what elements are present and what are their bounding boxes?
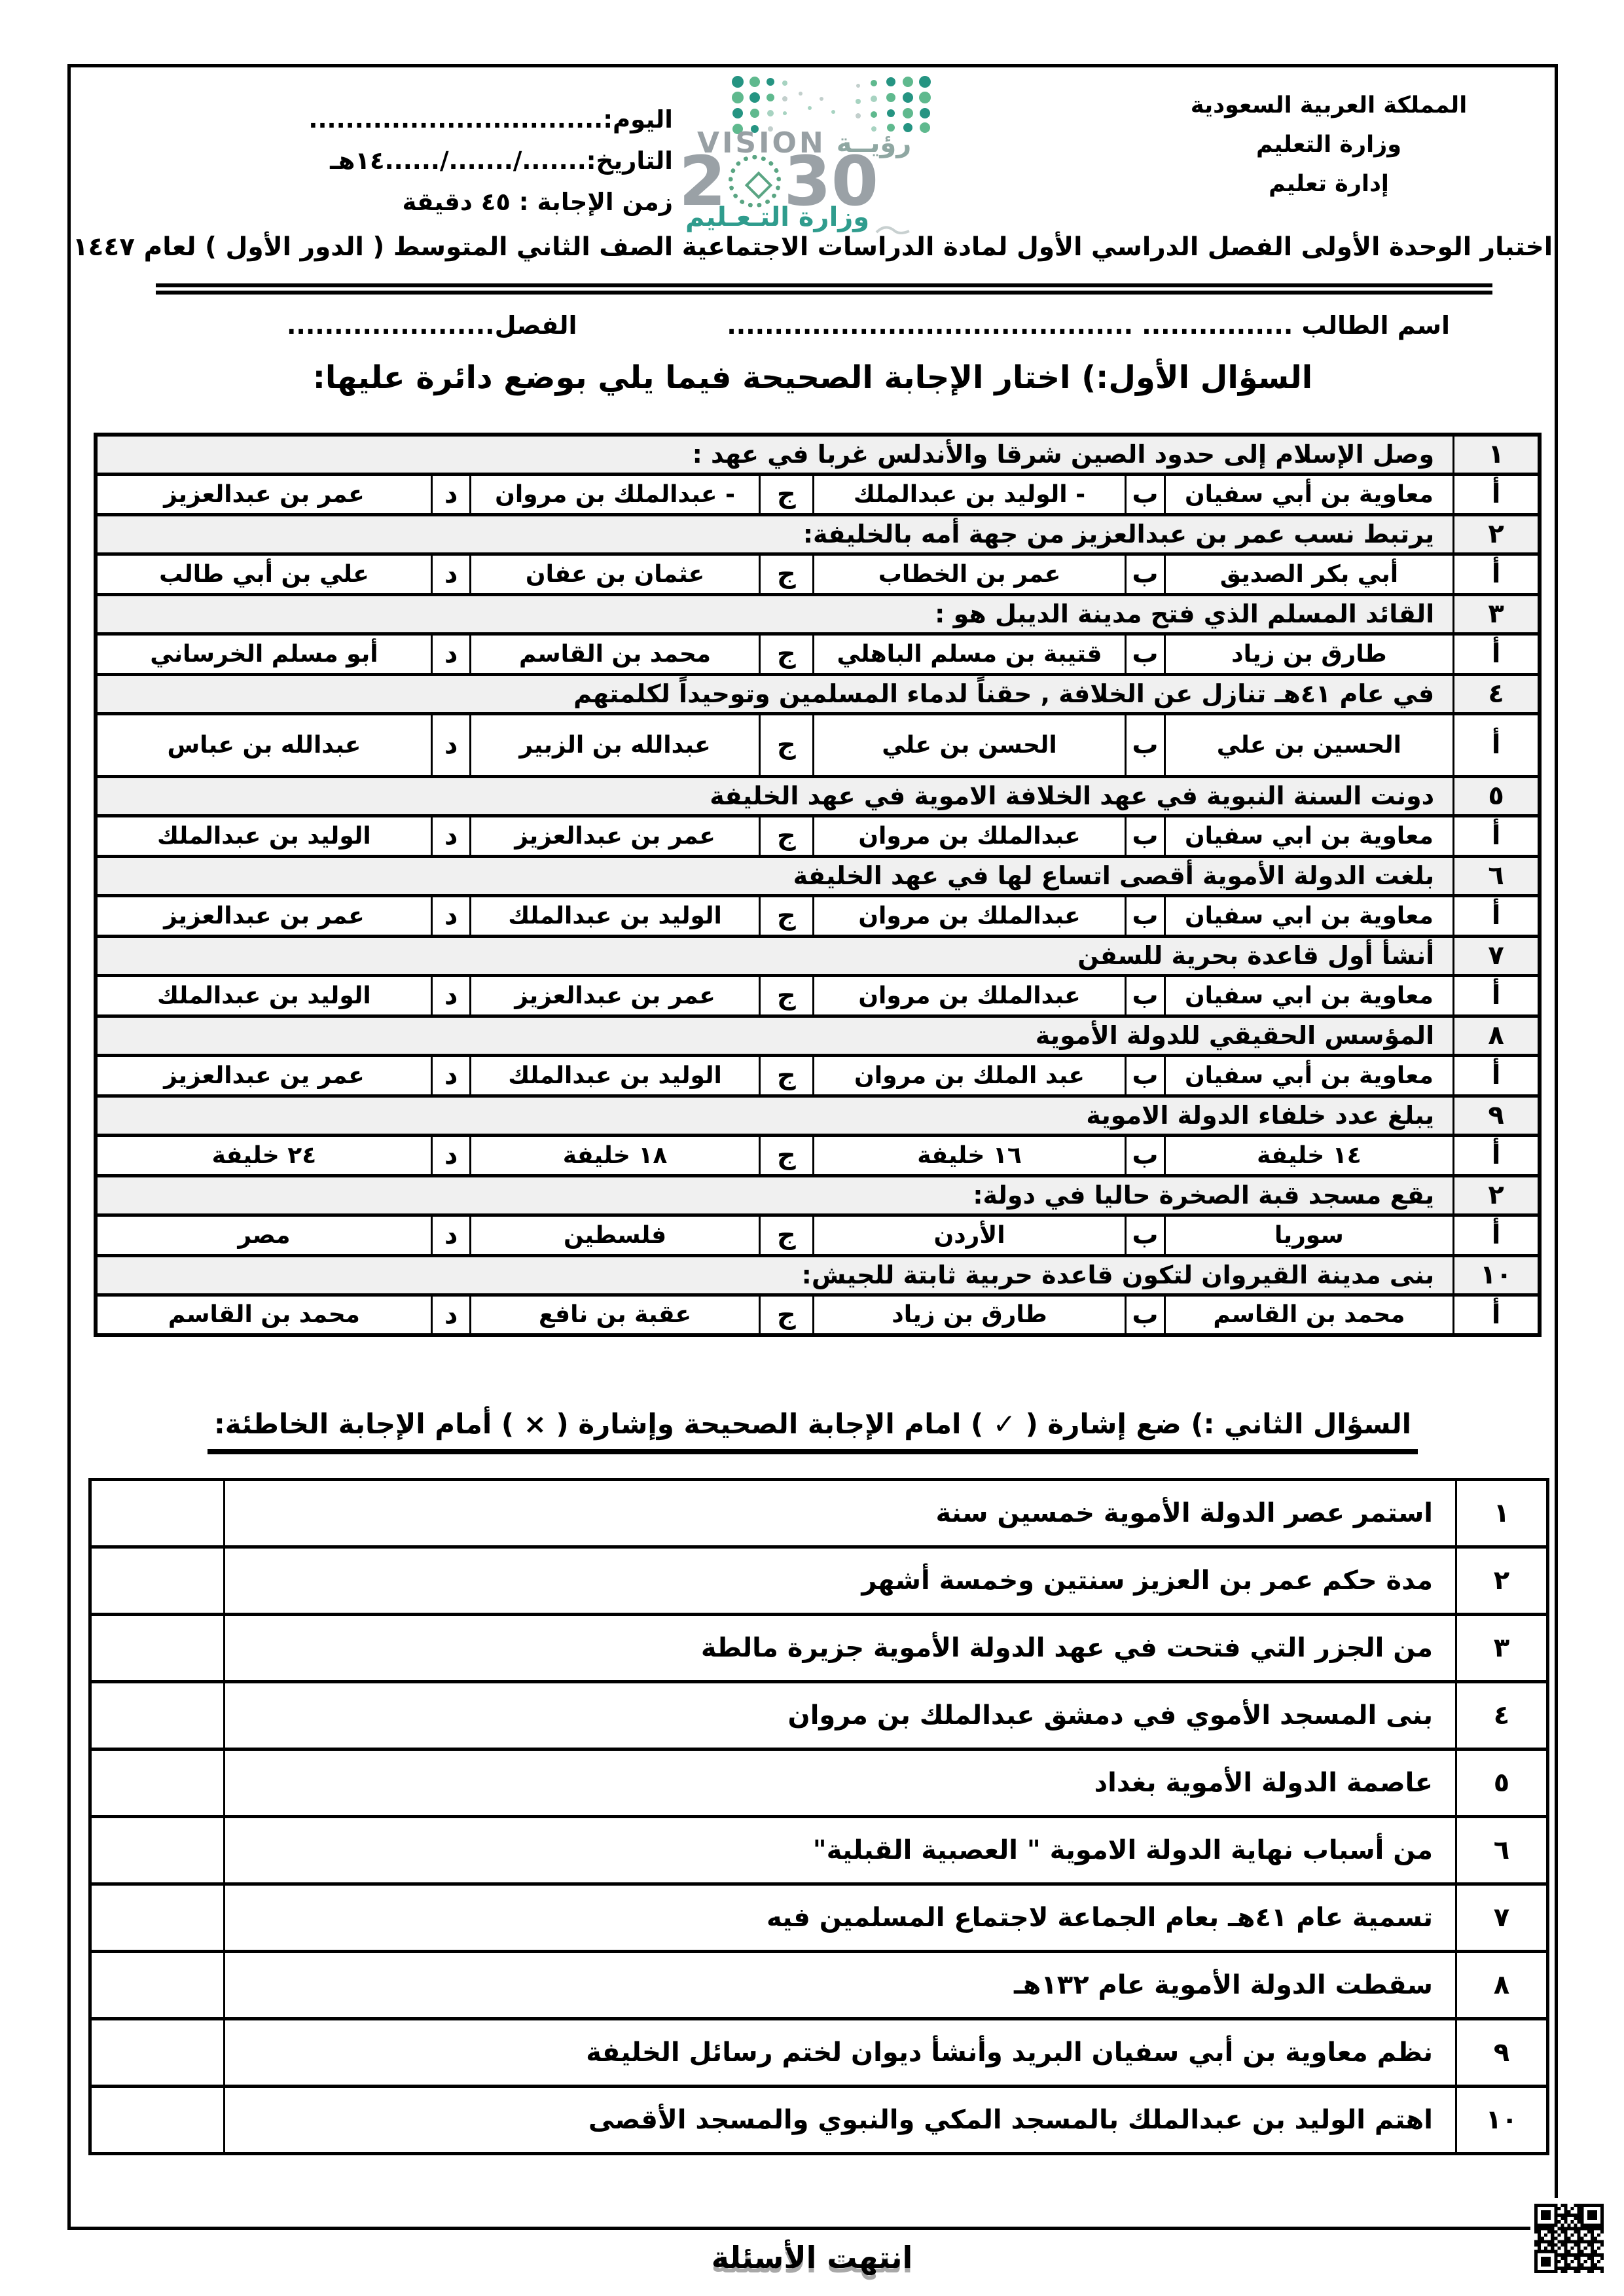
options-row: أ معاوية بن ابي سفيان ب عبدالملك بن مروا… xyxy=(96,975,1540,1016)
options-row: أ معاوية بن أبي سفيان ب عبد الملك بن مرو… xyxy=(96,1055,1540,1096)
kingdom-line: المملكة العربية السعودية xyxy=(1132,86,1525,125)
option-letter-c: ج xyxy=(759,634,813,674)
statement-text: من الجزر التي فتحت في عهد الدولة الأموية… xyxy=(225,1615,1456,1682)
qr-code xyxy=(1530,2198,1608,2279)
option-letter-d: د xyxy=(431,1135,471,1175)
option-letter-a: أ xyxy=(1454,1055,1540,1096)
options-row: أ محمد بن القاسم ب طارق بن زياد ج عقبة ب… xyxy=(96,1295,1540,1335)
answer-box[interactable] xyxy=(90,1952,225,2019)
title-divider xyxy=(156,283,1492,295)
option-c[interactable]: فلسطين xyxy=(471,1215,759,1255)
question-number: ٢ xyxy=(1454,514,1540,554)
answer-time-label: زمن الإجابة : ٤٥ دقيقة xyxy=(280,181,673,223)
options-row: أ طارق بن زياد ب قتيبة بن مسلم الباهلي ج… xyxy=(96,634,1540,674)
option-letter-b: ب xyxy=(1126,634,1165,674)
statement-number: ٧ xyxy=(1456,1884,1548,1952)
option-d[interactable]: عبدالله بن عباس xyxy=(96,713,431,776)
statement-row: ٥ عاصمة الدولة الأموية بغداد xyxy=(90,1749,1548,1817)
question-row: ٩ يبلغ عدد خلفاء الدولة الاموية xyxy=(96,1096,1540,1135)
exam-sheet-page: { "header": { "ministry_lines": ["المملك… xyxy=(0,0,1624,2296)
option-b[interactable]: عمر بن الخطاب xyxy=(813,554,1125,594)
question-number: ٦ xyxy=(1454,856,1540,895)
question-text: المؤسس الحقيقي للدولة الأموية xyxy=(96,1016,1454,1055)
statement-number: ١٠ xyxy=(1456,2087,1548,2154)
option-c[interactable]: الوليد بن عبدالملك xyxy=(471,1055,759,1096)
option-b[interactable]: الأردن xyxy=(813,1215,1125,1255)
option-letter-b: ب xyxy=(1126,474,1165,514)
option-c[interactable]: الوليد بن عبدالملك xyxy=(471,895,759,936)
question-row: ٧ أنشأ أول قاعدة بحرية للسفن xyxy=(96,936,1540,975)
option-letter-a: أ xyxy=(1454,1295,1540,1335)
answer-box[interactable] xyxy=(90,2087,225,2154)
option-b[interactable]: ١٦ خليفة xyxy=(813,1135,1125,1175)
vision-2030-logo: VISION رؤيــة 2 30 وزارة التـعـليم xyxy=(677,74,946,244)
question-number: ٣ xyxy=(1454,594,1540,634)
ministry-of-education-wordmark: وزارة التـعـليم xyxy=(685,202,869,232)
page-border: المملكة العربية السعودية وزارة التعليم إ… xyxy=(67,64,1558,2230)
question-text: بنى مدينة القيروان لتكون قاعدة حربية ثاب… xyxy=(96,1255,1454,1295)
statement-number: ٩ xyxy=(1456,2019,1548,2087)
question-text: دونت السنة النبوية في عهد الخلافة الاموي… xyxy=(96,776,1454,816)
option-b[interactable]: عبدالملك بن مروان xyxy=(813,895,1125,936)
statement-number: ١ xyxy=(1456,1480,1548,1547)
statement-text: استمر عصر الدولة الأموية خمسين سنة xyxy=(225,1480,1456,1547)
option-letter-c: ج xyxy=(759,895,813,936)
question-number: ٩ xyxy=(1454,1096,1540,1135)
option-a[interactable]: معاوية بن ابي سفيان xyxy=(1164,975,1453,1016)
option-b[interactable]: عبد الملك بن مروان xyxy=(813,1055,1125,1096)
student-name-field[interactable]: اسم الطالب ................ ............… xyxy=(727,311,1450,340)
option-a[interactable]: معاوية بن ابي سفيان xyxy=(1164,816,1453,856)
option-letter-b: ب xyxy=(1126,816,1165,856)
exam-meta-block: اليوم:................................ ا… xyxy=(280,99,673,223)
answer-box[interactable] xyxy=(90,1817,225,1884)
option-letter-a: أ xyxy=(1454,634,1540,674)
answer-box[interactable] xyxy=(90,1884,225,1952)
question-text: وصل الإسلام إلى حدود الصين شرقا والأندلس… xyxy=(96,435,1454,474)
option-a[interactable]: سوريا xyxy=(1164,1215,1453,1255)
option-d[interactable]: عمر بن عبدالعزيز xyxy=(96,895,431,936)
option-letter-d: د xyxy=(431,474,471,514)
ministry-line: وزارة التعليم xyxy=(1132,125,1525,164)
section2-title: السؤال الثاني :) ضع إشارة ( ✓ ) امام الإ… xyxy=(71,1408,1555,1454)
question-text: أنشأ أول قاعدة بحرية للسفن xyxy=(96,936,1454,975)
option-letter-a: أ xyxy=(1454,554,1540,594)
option-d[interactable]: أبو مسلم الخرساني xyxy=(96,634,431,674)
option-d[interactable]: علي بن أبي طالب xyxy=(96,554,431,594)
statement-text: نظم معاوية بن أبي سفيان البريد وأنشأ ديو… xyxy=(225,2019,1456,2087)
option-letter-a: أ xyxy=(1454,816,1540,856)
option-letter-d: د xyxy=(431,816,471,856)
option-d[interactable]: الوليد بن عبدالملك xyxy=(96,975,431,1016)
option-letter-c: ج xyxy=(759,975,813,1016)
statement-number: ٨ xyxy=(1456,1952,1548,2019)
option-b[interactable]: - الوليد بن عبدالملك xyxy=(813,474,1125,514)
option-d[interactable]: الوليد بن عبدالملك xyxy=(96,816,431,856)
option-a[interactable]: محمد بن القاسم xyxy=(1164,1295,1453,1335)
question-row: ١٠ بنى مدينة القيروان لتكون قاعدة حربية … xyxy=(96,1255,1540,1295)
statement-row: ١ استمر عصر الدولة الأموية خمسين سنة xyxy=(90,1480,1548,1547)
option-c[interactable]: محمد بن القاسم xyxy=(471,634,759,674)
answer-box[interactable] xyxy=(90,1547,225,1615)
question-row: ٨ المؤسس الحقيقي للدولة الأموية xyxy=(96,1016,1540,1055)
statement-number: ٤ xyxy=(1456,1682,1548,1749)
question-row: ١ وصل الإسلام إلى حدود الصين شرقا والأند… xyxy=(96,435,1540,474)
option-c[interactable]: ١٨ خليفة xyxy=(471,1135,759,1175)
option-c[interactable]: عبدالله بن الزبير xyxy=(471,713,759,776)
answer-box[interactable] xyxy=(90,1749,225,1817)
statement-row: ٦ من أسباب نهاية الدولة الاموية " العصبي… xyxy=(90,1817,1548,1884)
statement-text: عاصمة الدولة الأموية بغداد xyxy=(225,1749,1456,1817)
option-letter-b: ب xyxy=(1126,975,1165,1016)
options-row: أ أبي بكر الصديق ب عمر بن الخطاب ج عثمان… xyxy=(96,554,1540,594)
question-text: يقع مسجد قبة الصخرة حاليا في دولة: xyxy=(96,1175,1454,1215)
option-letter-c: ج xyxy=(759,474,813,514)
option-c[interactable]: عمر بن عبدالعزيز xyxy=(471,816,759,856)
option-letter-d: د xyxy=(431,1055,471,1096)
exam-title: اختبار الوحدة الأولى الفصل الدراسي الأول… xyxy=(71,232,1555,262)
option-b[interactable]: الحسن بن علي xyxy=(813,713,1125,776)
option-letter-d: د xyxy=(431,895,471,936)
statement-row: ١٠ اهتم الوليد بن عبدالملك بالمسجد المكي… xyxy=(90,2087,1548,2154)
option-c[interactable]: عثمان بن عفان xyxy=(471,554,759,594)
question-row: ٣ القائد المسلم الذي فتح مدينة الديبل هو… xyxy=(96,594,1540,634)
day-field[interactable]: اليوم:................................ xyxy=(280,99,673,140)
option-letter-d: د xyxy=(431,1295,471,1335)
statement-row: ٨ سقطت الدولة الأموية عام ١٣٢هـ xyxy=(90,1952,1548,2019)
answer-box[interactable] xyxy=(90,2019,225,2087)
options-row: أ معاوية بن ابي سفيان ب عبدالملك بن مروا… xyxy=(96,816,1540,856)
statement-row: ٣ من الجزر التي فتحت في عهد الدولة الأمو… xyxy=(90,1615,1548,1682)
option-b[interactable]: عبدالملك بن مروان xyxy=(813,975,1125,1016)
option-d[interactable]: مصر xyxy=(96,1215,431,1255)
option-letter-a: أ xyxy=(1454,474,1540,514)
question-row: ٢ يرتبط نسب عمر بن عبدالعزيز من جهة أمه … xyxy=(96,514,1540,554)
option-a[interactable]: ١٤ خليفة xyxy=(1164,1135,1453,1175)
question-number: ٨ xyxy=(1454,1016,1540,1055)
option-letter-b: ب xyxy=(1126,1055,1165,1096)
statement-row: ٩ نظم معاوية بن أبي سفيان البريد وأنشأ د… xyxy=(90,2019,1548,2087)
option-letter-b: ب xyxy=(1126,1295,1165,1335)
option-letter-a: أ xyxy=(1454,895,1540,936)
option-letter-c: ج xyxy=(759,554,813,594)
option-letter-d: د xyxy=(431,713,471,776)
statement-text: اهتم الوليد بن عبدالملك بالمسجد المكي وا… xyxy=(225,2087,1456,2154)
saudi-emblem-icon xyxy=(729,155,781,207)
statement-number: ٦ xyxy=(1456,1817,1548,1884)
option-d[interactable]: ٢٤ خليفة xyxy=(96,1135,431,1175)
statement-row: ٧ تسمية عام ٤١هـ بعام الجماعة لاجتماع ال… xyxy=(90,1884,1548,1952)
option-a[interactable]: الحسين بن علي xyxy=(1164,713,1453,776)
statement-text: مدة حكم عمر بن العزيز سنتين وخمسة أشهر xyxy=(225,1547,1456,1615)
question-row: ٥ دونت السنة النبوية في عهد الخلافة الام… xyxy=(96,776,1540,816)
option-letter-b: ب xyxy=(1126,895,1165,936)
option-letter-c: ج xyxy=(759,1055,813,1096)
option-letter-c: ج xyxy=(759,1295,813,1335)
options-row: أ ١٤ خليفة ب ١٦ خليفة ج ١٨ خليفة د ٢٤ خل… xyxy=(96,1135,1540,1175)
answer-box[interactable] xyxy=(90,1480,225,1547)
question-number: ٥ xyxy=(1454,776,1540,816)
question-row: ٤ في عام ٤١هـ تنازل عن الخلافة , حقناً ل… xyxy=(96,674,1540,713)
statement-number: ٥ xyxy=(1456,1749,1548,1817)
option-letter-a: أ xyxy=(1454,1215,1540,1255)
option-letter-a: أ xyxy=(1454,713,1540,776)
option-c[interactable]: عمر بن عبدالعزيز xyxy=(471,975,759,1016)
statement-text: تسمية عام ٤١هـ بعام الجماعة لاجتماع المس… xyxy=(225,1884,1456,1952)
question-text: يبلغ عدد خلفاء الدولة الاموية xyxy=(96,1096,1454,1135)
statement-text: من أسباب نهاية الدولة الاموية " العصبية … xyxy=(225,1817,1456,1884)
answer-box[interactable] xyxy=(90,1682,225,1749)
option-a[interactable]: طارق بن زياد xyxy=(1164,634,1453,674)
option-b[interactable]: عبدالملك بن مروان xyxy=(813,816,1125,856)
option-c[interactable]: عقبة بن نافع xyxy=(471,1295,759,1335)
option-letter-c: ج xyxy=(759,816,813,856)
question-text: يرتبط نسب عمر بن عبدالعزيز من جهة أمه با… xyxy=(96,514,1454,554)
question-number: ٢ xyxy=(1454,1175,1540,1215)
answer-box[interactable] xyxy=(90,1615,225,1682)
option-a[interactable]: معاوية بن أبي سفيان xyxy=(1164,474,1453,514)
option-a[interactable]: معاوية بن أبي سفيان xyxy=(1164,1055,1453,1096)
true-false-table: ١ استمر عصر الدولة الأموية خمسين سنة ٢ م… xyxy=(88,1478,1549,2155)
question-number: ٤ xyxy=(1454,674,1540,713)
options-row: أ الحسين بن علي ب الحسن بن علي ج عبدالله… xyxy=(96,713,1540,776)
option-c[interactable]: - عبدالملك بن مروان xyxy=(471,474,759,514)
option-letter-b: ب xyxy=(1126,1135,1165,1175)
option-letter-b: ب xyxy=(1126,554,1165,594)
option-letter-b: ب xyxy=(1126,713,1165,776)
option-d[interactable]: عمر بن عبدالعزيز xyxy=(96,474,431,514)
option-b[interactable]: قتيبة بن مسلم الباهلي xyxy=(813,634,1125,674)
option-a[interactable]: معاوية بن ابي سفيان xyxy=(1164,895,1453,936)
statement-text: بنى المسجد الأموي في دمشق عبدالملك بن مر… xyxy=(225,1682,1456,1749)
statement-number: ٣ xyxy=(1456,1615,1548,1682)
option-letter-a: أ xyxy=(1454,1135,1540,1175)
question-text: في عام ٤١هـ تنازل عن الخلافة , حقناً لدم… xyxy=(96,674,1454,713)
option-letter-c: ج xyxy=(759,713,813,776)
statement-row: ٢ مدة حكم عمر بن العزيز سنتين وخمسة أشهر xyxy=(90,1547,1548,1615)
option-d[interactable]: محمد بن القاسم xyxy=(96,1295,431,1335)
options-row: أ معاوية بن ابي سفيان ب عبدالملك بن مروا… xyxy=(96,895,1540,936)
question-text: بلغت الدولة الأموية أقصى اتساع لها في عه… xyxy=(96,856,1454,895)
option-letter-d: د xyxy=(431,634,471,674)
option-letter-c: ج xyxy=(759,1215,813,1255)
mcq-table: ١ وصل الإسلام إلى حدود الصين شرقا والأند… xyxy=(94,433,1542,1337)
class-field[interactable]: الفصل...................... xyxy=(287,311,577,340)
options-row: أ سوريا ب الأردن ج فلسطين د مصر xyxy=(96,1215,1540,1255)
option-letter-b: ب xyxy=(1126,1215,1165,1255)
option-letter-c: ج xyxy=(759,1135,813,1175)
question-number: ١٠ xyxy=(1454,1255,1540,1295)
statement-text: سقطت الدولة الأموية عام ١٣٢هـ xyxy=(225,1952,1456,2019)
end-of-questions-text: انتهت الأسئلة xyxy=(0,2240,1624,2275)
question-text: القائد المسلم الذي فتح مدينة الديبل هو : xyxy=(96,594,1454,634)
option-letter-d: د xyxy=(431,1215,471,1255)
option-d[interactable]: عمر ين عبدالعزيز xyxy=(96,1055,431,1096)
section1-title: السؤال الأول:) اختار الإجابة الصحيحة فيم… xyxy=(71,359,1555,396)
question-row: ٢ يقع مسجد قبة الصخرة حاليا في دولة: xyxy=(96,1175,1540,1215)
option-letter-d: د xyxy=(431,554,471,594)
question-number: ١ xyxy=(1454,435,1540,474)
option-letter-a: أ xyxy=(1454,975,1540,1016)
option-a[interactable]: أبي بكر الصديق xyxy=(1164,554,1453,594)
statement-row: ٤ بنى المسجد الأموي في دمشق عبدالملك بن … xyxy=(90,1682,1548,1749)
statement-number: ٢ xyxy=(1456,1547,1548,1615)
question-number: ٧ xyxy=(1454,936,1540,975)
education-admin-line: إدارة تعليم xyxy=(1132,164,1525,204)
options-row: أ معاوية بن أبي سفيان ب - الوليد بن عبدا… xyxy=(96,474,1540,514)
question-row: ٦ بلغت الدولة الأموية أقصى اتساع لها في … xyxy=(96,856,1540,895)
option-letter-d: د xyxy=(431,975,471,1016)
ministry-header: المملكة العربية السعودية وزارة التعليم إ… xyxy=(1132,86,1525,204)
date-field[interactable]: التاريخ:......./......./......١٤هـ xyxy=(280,140,673,181)
option-b[interactable]: طارق بن زياد xyxy=(813,1295,1125,1335)
